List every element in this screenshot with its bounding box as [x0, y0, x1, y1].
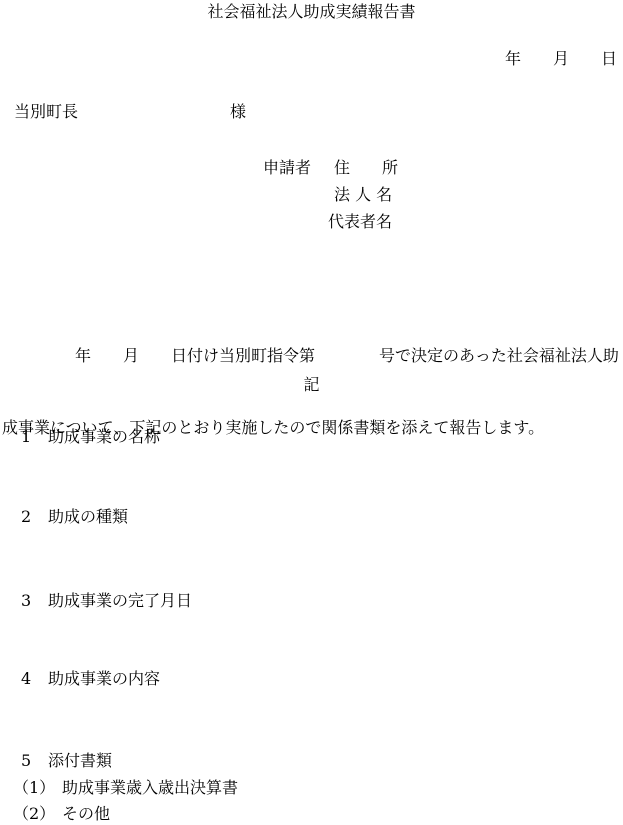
item-label: 添付書類	[48, 753, 112, 769]
item-label: 助成事業の名称	[48, 429, 160, 445]
item-number: 1	[21, 429, 31, 445]
report-document-page: 社会福祉法人助成実績報告書 年 月 日 当別町長 様 申請者 住 所 法 人 名…	[0, 0, 623, 825]
attachment-label: その他	[62, 806, 110, 822]
addressee-honorific: 様	[230, 104, 246, 120]
item-number: 3	[21, 593, 31, 609]
record-marker: 記	[303, 377, 319, 393]
item-label: 助成事業の内容	[48, 671, 160, 687]
addressee-name: 当別町長	[14, 104, 78, 120]
date-line: 年 月 日	[505, 51, 617, 67]
item-number: 2	[21, 509, 31, 525]
applicant-address-label: 住 所	[334, 160, 398, 176]
applicant-corporation-label: 法 人 名	[334, 187, 392, 203]
attachment-label: 助成事業歳入歳出決算書	[62, 780, 238, 796]
attachment-number: （2）	[13, 806, 55, 822]
body-paragraph-line-1: 年 月 日付け当別町指令第 号で決定のあった社会福祉法人助	[2, 344, 622, 368]
item-label: 助成事業の完了月日	[48, 593, 192, 609]
item-number: 5	[21, 753, 31, 769]
item-number: 4	[21, 671, 31, 687]
attachment-number: （1）	[13, 780, 55, 796]
item-label: 助成の種類	[48, 509, 128, 525]
applicant-label: 申請者	[263, 160, 311, 176]
document-title: 社会福祉法人助成実績報告書	[0, 4, 623, 20]
applicant-representative-label: 代表者名	[328, 214, 392, 230]
